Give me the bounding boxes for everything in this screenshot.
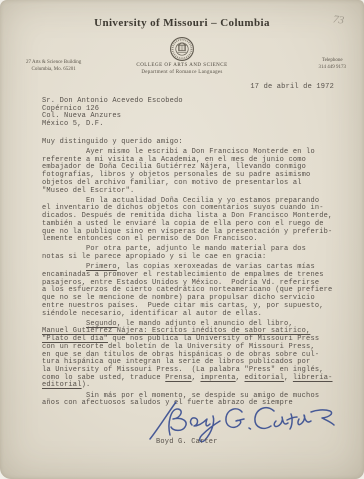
recipient-block: Sr. Don Antonio Acevedo EscobedoCopérnic… bbox=[42, 98, 348, 129]
paragraph-line: notas si le parece apropiado y si le cae… bbox=[42, 254, 348, 262]
letterhead-university-title: University of Missouri – Columbia bbox=[0, 17, 364, 29]
typed-signature-name: Boyd G. Carter bbox=[156, 438, 218, 446]
university-seal-icon bbox=[169, 36, 195, 62]
recipient-line: México 5, D.F. bbox=[42, 121, 348, 129]
paragraph: En la actualidad Doña Cecilia y yo estam… bbox=[42, 198, 348, 244]
letter-body: Sr. Don Antonio Acevedo EscobedoCopérnic… bbox=[42, 98, 348, 408]
paragraph-line: siéndole necesario, identificar al autor… bbox=[42, 311, 348, 319]
paragraph: Ayer mismo le escribí a Don Francisco Mo… bbox=[42, 149, 348, 195]
paragraph-line: "Museo del Escritor". bbox=[42, 188, 348, 196]
paragraph: Primero, las copias xeroxeadas de varias… bbox=[42, 264, 348, 318]
letterhead-address-line2: Columbia, Mo. 65201 bbox=[26, 67, 81, 74]
letterhead-telephone-block: Telephone 314 449 9173 bbox=[319, 58, 347, 71]
letterhead-telephone-number: 314 449 9173 bbox=[319, 65, 347, 72]
paragraph: Por otra parte, adjunto le mando materia… bbox=[42, 246, 348, 261]
paragraph-line: editorial). bbox=[42, 382, 348, 390]
letter-date: 17 de abril de 1972 bbox=[250, 83, 334, 91]
letter-page: 73 University of Missouri – Columbia COL… bbox=[0, 0, 364, 479]
letterhead-address-block: 27 Arts & Science Building Columbia, Mo.… bbox=[26, 60, 81, 73]
letterhead-telephone-label: Telephone bbox=[319, 58, 347, 65]
paragraph-line: lemente entonces con el permiso de Don F… bbox=[42, 236, 348, 244]
salutation: Muy distinguido y querido amigo: bbox=[42, 139, 348, 147]
letterhead-address-line1: 27 Arts & Science Building bbox=[26, 60, 81, 67]
letter-paragraphs: Ayer mismo le escribí a Don Francisco Mo… bbox=[42, 149, 348, 408]
handwritten-signature bbox=[146, 399, 336, 443]
paragraph: Segundo, le mando adjunto el anuncio del… bbox=[42, 321, 348, 390]
